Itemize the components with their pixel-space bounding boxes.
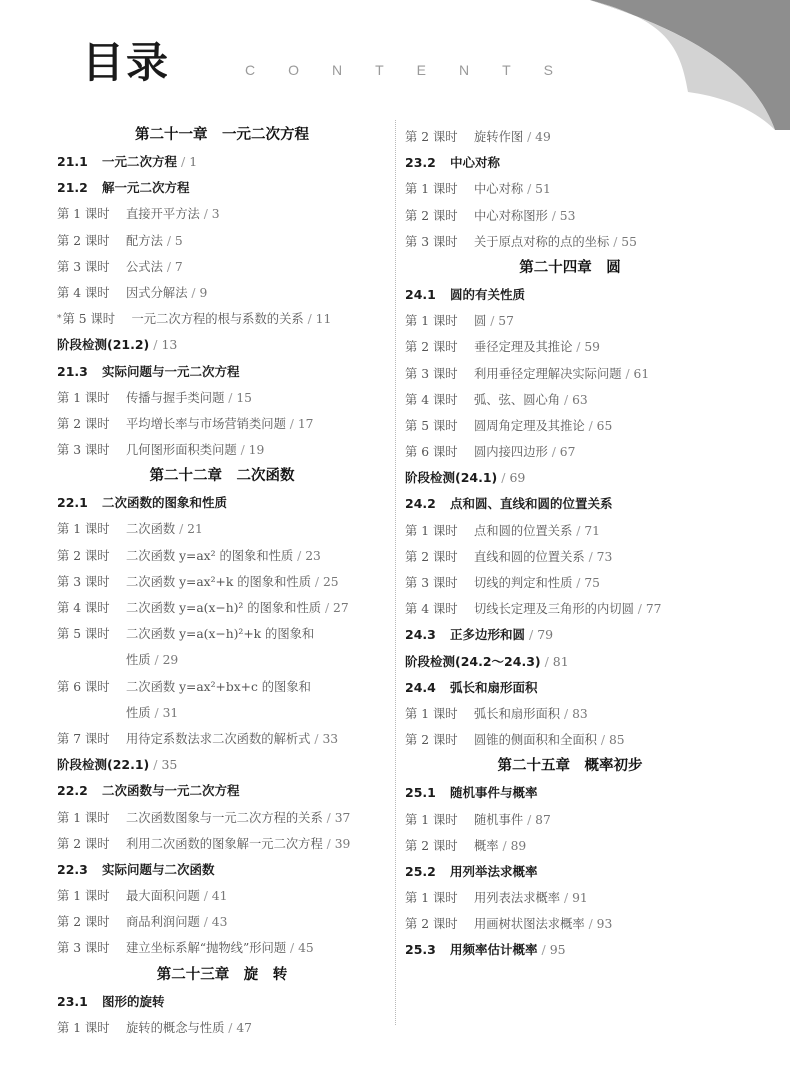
page-number: 85 <box>597 733 625 747</box>
toc-check-row[interactable]: 阶段检测(24.1)69 <box>405 465 735 491</box>
lesson-title: 公式法 <box>126 260 163 274</box>
lesson-title: 旋转作图 <box>474 130 523 144</box>
chapter-title: 第二十一章 一元二次方程 <box>135 127 309 143</box>
page-number: 79 <box>525 627 553 642</box>
toc-section-row[interactable]: 21.3实际问题与一元二次方程 <box>57 359 387 385</box>
toc-lesson-row[interactable]: 第 1 课时直接开平方法3 <box>57 201 387 227</box>
lesson-title: 中心对称 <box>474 182 523 196</box>
stage-test-title: 阶段检测(24.2～24.3) <box>405 654 541 669</box>
page-number: 19 <box>237 443 265 457</box>
lesson-label: 第 6 课时 <box>57 674 126 700</box>
lesson-label: 第 2 课时 <box>57 909 126 935</box>
lesson-title: 直线和圆的位置关系 <box>474 550 585 564</box>
lesson-label: 第 3 课时 <box>405 361 474 387</box>
toc-section-row[interactable]: 21.1一元二次方程1 <box>57 149 387 175</box>
toc-lesson-row[interactable]: 第 2 课时配方法5 <box>57 228 387 254</box>
toc-section-row[interactable]: 25.1随机事件与概率 <box>405 780 735 806</box>
section-number: 24.1 <box>405 282 450 308</box>
toc-lesson-row[interactable]: 第 2 课时垂径定理及其推论59 <box>405 334 735 360</box>
lesson-label: 第 1 课时 <box>405 518 474 544</box>
toc-section-row[interactable]: 23.2中心对称 <box>405 150 735 176</box>
section-number: 21.3 <box>57 359 102 385</box>
lesson-title: 圆锥的侧面积和全面积 <box>474 733 597 747</box>
page-number: 47 <box>224 1021 252 1035</box>
toc-lesson-row[interactable]: 第 2 课时旋转作图49 <box>405 124 735 150</box>
lesson-label: 第 1 课时 <box>57 1015 126 1041</box>
lesson-label: 第 3 课时 <box>57 935 126 961</box>
lesson-label: 第 7 课时 <box>57 726 126 752</box>
page-number: 5 <box>163 234 183 248</box>
toc-lesson-row[interactable]: 第 2 课时利用二次函数的图象解一元二次方程39 <box>57 831 387 857</box>
page-number: 61 <box>622 367 650 381</box>
toc-lesson-row[interactable]: 第 2 课时用画树状图法求概率93 <box>405 911 735 937</box>
lesson-label: 第 3 课时 <box>405 570 474 596</box>
toc-lesson-row[interactable]: 第 1 课时最大面积问题41 <box>57 883 387 909</box>
toc-chapter-row: 第二十五章 概率初步 <box>405 753 735 780</box>
toc-lesson-row[interactable]: 第 2 课时概率89 <box>405 833 735 859</box>
toc-lesson-row[interactable]: 第 2 课时直线和圆的位置关系73 <box>405 544 735 570</box>
toc-lesson-row[interactable]: 第 3 课时公式法7 <box>57 254 387 280</box>
toc-cont-row[interactable]: 性质29 <box>57 647 387 673</box>
page-curl-decoration <box>560 0 790 130</box>
toc-lesson-row[interactable]: 第 1 课时二次函数21 <box>57 516 387 542</box>
page-number: 29 <box>151 653 179 667</box>
toc-lesson-row[interactable]: 第 3 课时二次函数 y=ax²+k 的图象和性质25 <box>57 569 387 595</box>
page-number: 17 <box>286 417 314 431</box>
lesson-title: 二次函数 y=ax²+k 的图象和性质 <box>126 575 311 589</box>
toc-lesson-row[interactable]: 第 5 课时圆周角定理及其推论65 <box>405 413 735 439</box>
toc-chapter-row: 第二十二章 二次函数 <box>57 463 387 490</box>
lesson-title: 商品利润问题 <box>126 915 200 929</box>
toc-lesson-row[interactable]: 第 7 课时用待定系数法求二次函数的解析式33 <box>57 726 387 752</box>
page-number: 13 <box>149 337 177 352</box>
lesson-label: 第 2 课时 <box>57 831 126 857</box>
toc-lesson-row[interactable]: 第 3 课时关于原点对称的点的坐标55 <box>405 229 735 255</box>
toc-lesson-row[interactable]: 第 6 课时圆内接四边形67 <box>405 439 735 465</box>
page-number: 33 <box>310 732 338 746</box>
lesson-label: 第 1 课时 <box>57 201 126 227</box>
stage-test-title: 阶段检测(21.2) <box>57 337 149 352</box>
toc-section-row[interactable]: 22.3实际问题与二次函数 <box>57 857 387 883</box>
section-number: 21.1 <box>57 149 102 175</box>
lesson-title: 二次函数 <box>126 522 175 536</box>
toc-section-row[interactable]: 24.3正多边形和圆79 <box>405 622 735 648</box>
lesson-title: 切线的判定和性质 <box>474 576 572 590</box>
page-number: 87 <box>523 813 551 827</box>
section-number: 22.1 <box>57 490 102 516</box>
section-number: 23.2 <box>405 150 450 176</box>
toc-lesson-row[interactable]: 第 4 课时二次函数 y=a(x−h)² 的图象和性质27 <box>57 595 387 621</box>
section-number: 23.1 <box>57 989 102 1015</box>
toc-lesson-row[interactable]: 第 3 课时建立坐标系解“抛物线”形问题45 <box>57 935 387 961</box>
toc-lesson-row[interactable]: 第 2 课时平均增长率与市场营销类问题17 <box>57 411 387 437</box>
toc-lesson-row[interactable]: 第 1 课时点和圆的位置关系71 <box>405 518 735 544</box>
lesson-title: 旋转的概念与性质 <box>126 1021 224 1035</box>
page-number: 83 <box>560 707 588 721</box>
lesson-label: 第 2 课时 <box>405 334 474 360</box>
section-title: 一元二次方程 <box>102 154 177 169</box>
section-title: 中心对称 <box>450 155 500 170</box>
page-number: 55 <box>609 235 637 249</box>
page-number: 63 <box>560 393 588 407</box>
lesson-title: 概率 <box>474 839 499 853</box>
page-number: 15 <box>224 391 252 405</box>
lesson-label: 第 2 课时 <box>405 124 474 150</box>
toc-check-row[interactable]: 阶段检测(22.1)35 <box>57 752 387 778</box>
lesson-title: 中心对称图形 <box>474 209 548 223</box>
toc-lesson-row[interactable]: 第 1 课时传播与握手类问题15 <box>57 385 387 411</box>
page-number: 69 <box>497 470 525 485</box>
toc-lesson-row[interactable]: 第 1 课时用列表法求概率91 <box>405 885 735 911</box>
lesson-title: 随机事件 <box>474 813 523 827</box>
section-number: 22.3 <box>57 857 102 883</box>
section-title: 随机事件与概率 <box>450 785 538 800</box>
lesson-title: 垂径定理及其推论 <box>474 340 572 354</box>
lesson-label: 第 6 课时 <box>405 439 474 465</box>
page-number: 41 <box>200 889 228 903</box>
toc-lesson-row[interactable]: 第 4 课时弧、弦、圆心角63 <box>405 387 735 413</box>
lesson-label: 第 4 课时 <box>405 387 474 413</box>
lesson-label: 第 1 课时 <box>57 883 126 909</box>
lesson-label: 第 5 课时 <box>57 621 126 647</box>
lesson-title: 几何图形面积类问题 <box>126 443 237 457</box>
lesson-title: 配方法 <box>126 234 163 248</box>
section-title: 解一元二次方程 <box>102 180 190 195</box>
page-number: 71 <box>572 524 600 538</box>
lesson-title: 二次函数 y=a(x−h)²+k 的图象和 <box>126 627 314 641</box>
page-number: 93 <box>585 917 613 931</box>
section-number: 25.1 <box>405 780 450 806</box>
toc-lesson-row[interactable]: 第 4 课时因式分解法9 <box>57 280 387 306</box>
lesson-title: 二次函数图象与一元二次方程的关系 <box>126 811 323 825</box>
page-number: 59 <box>572 340 600 354</box>
chapter-title: 第二十五章 概率初步 <box>498 758 643 774</box>
page-number: 11 <box>304 312 332 326</box>
lesson-label: 第 3 课时 <box>57 437 126 463</box>
toc-lesson-row[interactable]: 第 1 课时中心对称51 <box>405 176 735 202</box>
lesson-title-continued: 性质 <box>126 706 151 720</box>
section-title: 用频率估计概率 <box>450 942 538 957</box>
lesson-label: 第 1 课时 <box>405 701 474 727</box>
section-title: 正多边形和圆 <box>450 627 525 642</box>
page-header: 目录 <box>82 42 170 84</box>
page-number: 49 <box>523 130 551 144</box>
toc-section-row[interactable]: 21.2解一元二次方程 <box>57 175 387 201</box>
page-number: 45 <box>286 941 314 955</box>
lesson-label: 第 3 课时 <box>405 229 474 255</box>
page-number: 37 <box>323 811 351 825</box>
page-number: 35 <box>149 757 177 772</box>
toc-section-row[interactable]: 22.1二次函数的图象和性质 <box>57 490 387 516</box>
lesson-title: 用列表法求概率 <box>474 891 560 905</box>
lesson-title: 切线长定理及三角形的内切圆 <box>474 602 634 616</box>
stage-test-title: 阶段检测(24.1) <box>405 470 497 485</box>
page-number: 31 <box>151 706 179 720</box>
lesson-title: 点和圆的位置关系 <box>474 524 572 538</box>
toc-chapter-row: 第二十一章 一元二次方程 <box>57 122 387 149</box>
lesson-label: 第 3 课时 <box>57 254 126 280</box>
toc-lesson-row[interactable]: 第 2 课时二次函数 y=ax² 的图象和性质23 <box>57 543 387 569</box>
toc-section-row[interactable]: 24.4弧长和扇形面积 <box>405 675 735 701</box>
page-number: 3 <box>200 207 220 221</box>
lesson-title: 弧长和扇形面积 <box>474 707 560 721</box>
page-number: 67 <box>548 445 576 459</box>
toc-section-row[interactable]: 22.2二次函数与一元二次方程 <box>57 778 387 804</box>
lesson-title: 圆 <box>474 314 486 328</box>
lesson-label: 第 5 课时 <box>405 413 474 439</box>
lesson-title: 直接开平方法 <box>126 207 200 221</box>
page-number: 39 <box>323 837 351 851</box>
toc-chapter-row: 第二十三章 旋 转 <box>57 962 387 989</box>
section-number: 21.2 <box>57 175 102 201</box>
section-number: 22.2 <box>57 778 102 804</box>
lesson-label: 第 1 课时 <box>57 385 126 411</box>
lesson-title: 二次函数 y=ax²+bx+c 的图象和 <box>126 680 311 694</box>
toc-section-row[interactable]: 23.1图形的旋转 <box>57 989 387 1015</box>
toc-lesson-row[interactable]: 第 4 课时切线长定理及三角形的内切圆77 <box>405 596 735 622</box>
lesson-label: 第 5 课时 <box>63 306 132 332</box>
page-number: 7 <box>163 260 183 274</box>
lesson-label: 第 1 课时 <box>405 308 474 334</box>
page-number: 95 <box>538 942 566 957</box>
section-title: 二次函数的图象和性质 <box>102 495 227 510</box>
toc-lesson-row[interactable]: 第 2 课时中心对称图形53 <box>405 203 735 229</box>
section-title: 图形的旋转 <box>102 994 165 1009</box>
page-number: 23 <box>293 549 321 563</box>
lesson-label: 第 2 课时 <box>57 543 126 569</box>
lesson-label: 第 2 课时 <box>405 203 474 229</box>
section-number: 24.4 <box>405 675 450 701</box>
page-number: 43 <box>200 915 228 929</box>
toc-section-row[interactable]: 24.1圆的有关性质 <box>405 282 735 308</box>
page-number: 57 <box>486 314 514 328</box>
lesson-label: 第 4 课时 <box>57 595 126 621</box>
section-title: 二次函数与一元二次方程 <box>102 783 240 798</box>
toc-check-row[interactable]: 阶段检测(21.2)13 <box>57 332 387 358</box>
section-title: 用列举法求概率 <box>450 864 538 879</box>
page-number: 53 <box>548 209 576 223</box>
page-number: 89 <box>499 839 527 853</box>
lesson-title: 二次函数 y=a(x−h)² 的图象和性质 <box>126 601 321 615</box>
toc-lesson-row[interactable]: 第 3 课时利用垂径定理解决实际问题61 <box>405 361 735 387</box>
toc-right-column: 第 2 课时旋转作图4923.2中心对称第 1 课时中心对称51第 2 课时中心… <box>405 124 735 964</box>
chapter-title: 第二十二章 二次函数 <box>150 468 295 484</box>
section-title: 实际问题与二次函数 <box>102 862 215 877</box>
lesson-title: 传播与握手类问题 <box>126 391 224 405</box>
lesson-title: 圆周角定理及其推论 <box>474 419 585 433</box>
page-number: 21 <box>175 522 203 536</box>
page-title: 目录 <box>82 42 170 84</box>
lesson-label: 第 1 课时 <box>57 516 126 542</box>
page-number: 73 <box>585 550 613 564</box>
optional-marker: * <box>57 314 62 324</box>
lesson-label: 第 2 课时 <box>405 911 474 937</box>
toc-section-row[interactable]: 25.3用频率估计概率95 <box>405 937 735 963</box>
toc-chapter-row: 第二十四章 圆 <box>405 255 735 282</box>
lesson-label: 第 3 课时 <box>57 569 126 595</box>
lesson-label: 第 4 课时 <box>405 596 474 622</box>
lesson-title-continued: 性质 <box>126 653 151 667</box>
section-number: 24.2 <box>405 491 450 517</box>
toc-lesson-row[interactable]: 第 1 课时弧长和扇形面积83 <box>405 701 735 727</box>
lesson-title: 平均增长率与市场营销类问题 <box>126 417 286 431</box>
chapter-title: 第二十三章 旋 转 <box>157 967 288 983</box>
lesson-label: 第 2 课时 <box>405 727 474 753</box>
toc-lesson-row[interactable]: 第 5 课时二次函数 y=a(x−h)²+k 的图象和 <box>57 621 387 647</box>
lesson-title: 因式分解法 <box>126 286 188 300</box>
page-number: 1 <box>177 154 197 169</box>
toc-lesson-row[interactable]: 第 2 课时商品利润问题43 <box>57 909 387 935</box>
page-number: 77 <box>634 602 662 616</box>
page-number: 27 <box>321 601 349 615</box>
lesson-label: 第 2 课时 <box>405 833 474 859</box>
toc-lesson-row[interactable]: 第 1 课时二次函数图象与一元二次方程的关系37 <box>57 805 387 831</box>
section-title: 弧长和扇形面积 <box>450 680 538 695</box>
lesson-title: 圆内接四边形 <box>474 445 548 459</box>
section-title: 圆的有关性质 <box>450 287 525 302</box>
section-number: 25.3 <box>405 937 450 963</box>
lesson-label: 第 1 课时 <box>405 807 474 833</box>
toc-lesson-row[interactable]: *第 5 课时一元二次方程的根与系数的关系11 <box>57 306 387 332</box>
toc-section-row[interactable]: 24.2点和圆、直线和圆的位置关系 <box>405 491 735 517</box>
lesson-title: 利用垂径定理解决实际问题 <box>474 367 622 381</box>
stage-test-title: 阶段检测(22.1) <box>57 757 149 772</box>
toc-lesson-row[interactable]: 第 3 课时切线的判定和性质75 <box>405 570 735 596</box>
toc-cont-row[interactable]: 性质31 <box>57 700 387 726</box>
section-number: 24.3 <box>405 622 450 648</box>
page-number: 91 <box>560 891 588 905</box>
page-number: 51 <box>523 182 551 196</box>
page-subtitle: CONTENTS <box>245 62 586 78</box>
toc-lesson-row[interactable]: 第 1 课时随机事件87 <box>405 807 735 833</box>
page-number: 25 <box>311 575 339 589</box>
lesson-title: 用待定系数法求二次函数的解析式 <box>126 732 310 746</box>
lesson-label: 第 2 课时 <box>405 544 474 570</box>
page-number: 65 <box>585 419 613 433</box>
toc-lesson-row[interactable]: 第 1 课时旋转的概念与性质47 <box>57 1015 387 1041</box>
chapter-title: 第二十四章 圆 <box>519 260 621 276</box>
toc-lesson-row[interactable]: 第 6 课时二次函数 y=ax²+bx+c 的图象和 <box>57 674 387 700</box>
section-number: 25.2 <box>405 859 450 885</box>
lesson-label: 第 1 课时 <box>57 805 126 831</box>
lesson-label: 第 4 课时 <box>57 280 126 306</box>
lesson-title: 弧、弦、圆心角 <box>474 393 560 407</box>
lesson-title: 建立坐标系解“抛物线”形问题 <box>126 941 286 955</box>
toc-left-column: 第二十一章 一元二次方程21.1一元二次方程121.2解一元二次方程第 1 课时… <box>57 122 387 1041</box>
lesson-label: 第 1 课时 <box>405 885 474 911</box>
lesson-title: 关于原点对称的点的坐标 <box>474 235 609 249</box>
page-number: 81 <box>541 654 569 669</box>
lesson-label: 第 1 课时 <box>405 176 474 202</box>
toc-lesson-row[interactable]: 第 1 课时圆57 <box>405 308 735 334</box>
toc-lesson-row[interactable]: 第 3 课时几何图形面积类问题19 <box>57 437 387 463</box>
toc-section-row[interactable]: 25.2用列举法求概率 <box>405 859 735 885</box>
lesson-label: 第 2 课时 <box>57 411 126 437</box>
section-title: 实际问题与一元二次方程 <box>102 364 240 379</box>
column-divider <box>395 120 396 1025</box>
lesson-title: 最大面积问题 <box>126 889 200 903</box>
lesson-title: 一元二次方程的根与系数的关系 <box>132 312 304 326</box>
page-number: 75 <box>572 576 600 590</box>
lesson-title: 利用二次函数的图象解一元二次方程 <box>126 837 323 851</box>
toc-lesson-row[interactable]: 第 2 课时圆锥的侧面积和全面积85 <box>405 727 735 753</box>
toc-check-row[interactable]: 阶段检测(24.2～24.3)81 <box>405 649 735 675</box>
lesson-title: 用画树状图法求概率 <box>474 917 585 931</box>
lesson-label: 第 2 课时 <box>57 228 126 254</box>
section-title: 点和圆、直线和圆的位置关系 <box>450 496 613 511</box>
lesson-title: 二次函数 y=ax² 的图象和性质 <box>126 549 293 563</box>
page-number: 9 <box>188 286 208 300</box>
